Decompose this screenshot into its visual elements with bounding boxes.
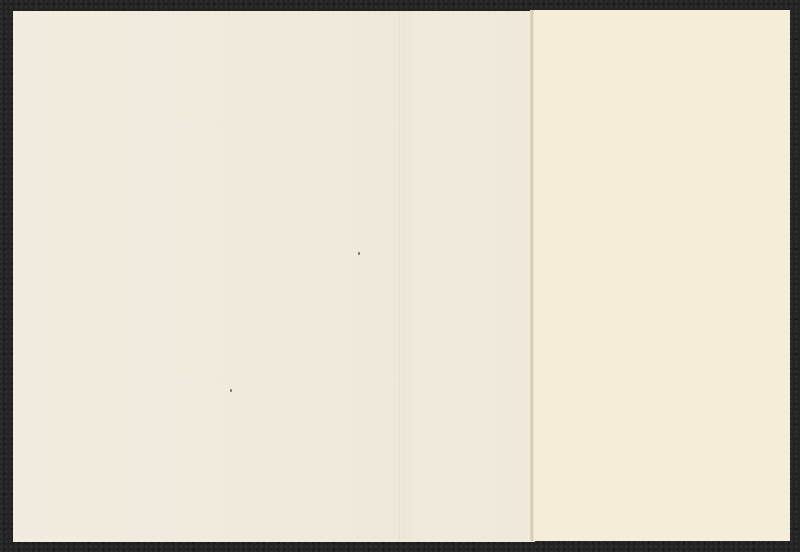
torn-paper-edge bbox=[530, 10, 534, 541]
left-paper-sheet bbox=[13, 11, 535, 542]
right-paper-sheet bbox=[533, 10, 790, 541]
paper-speck bbox=[358, 252, 360, 255]
paper-fold-line bbox=[399, 11, 401, 542]
paper-speck bbox=[230, 389, 232, 392]
